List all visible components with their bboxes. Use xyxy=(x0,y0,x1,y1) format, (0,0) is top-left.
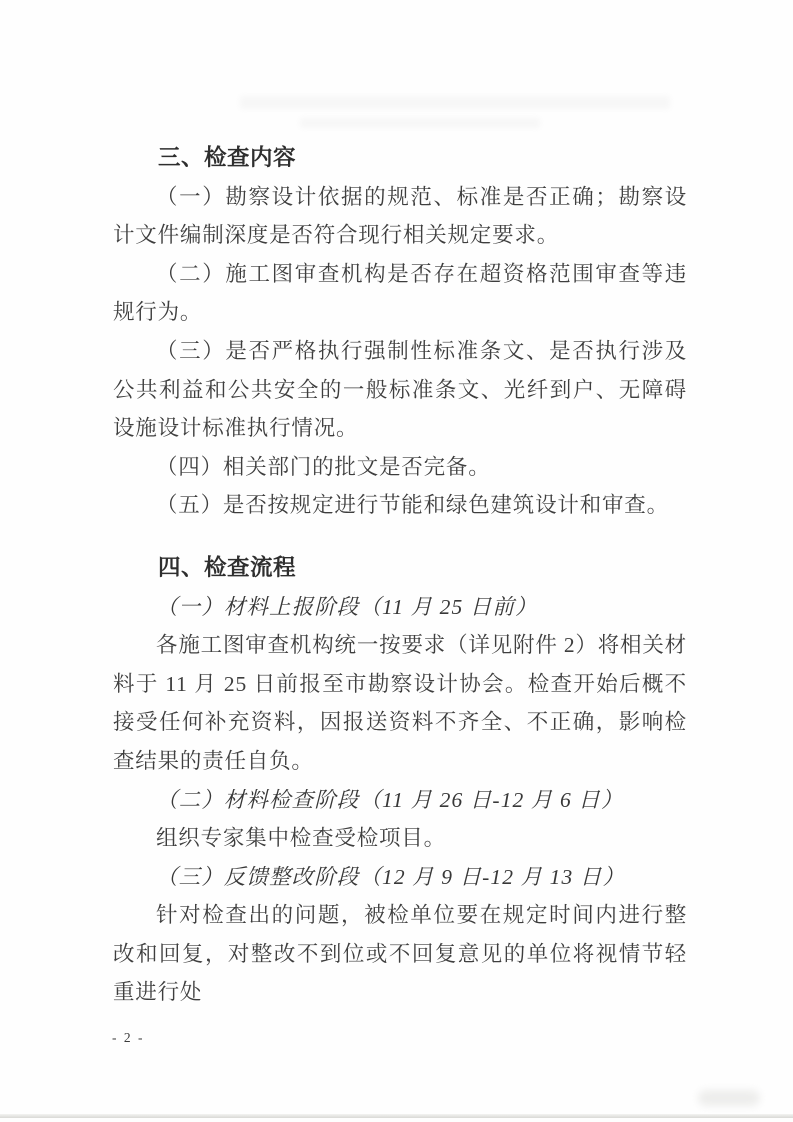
document-body: 三、检查内容 （一）勘察设计依据的规范、标准是否正确；勘察设计文件编制深度是否符… xyxy=(113,139,687,1012)
section-heading-3: 三、检查内容 xyxy=(113,139,687,178)
scan-bleed-artifact xyxy=(300,118,540,128)
stage-2-body: 组织专家集中检查受检项目。 xyxy=(113,819,687,858)
document-page: 三、检查内容 （一）勘察设计依据的规范、标准是否正确；勘察设计文件编制深度是否符… xyxy=(0,0,793,1122)
page-number: - 2 - xyxy=(112,1030,145,1046)
stage-3-body: 针对检查出的问题，被检单位要在规定时间内进行整改和回复，对整改不到位或不回复意见… xyxy=(113,896,687,1012)
scan-page-edge xyxy=(0,1114,793,1118)
stage-3-title: （三）反馈整改阶段（12 月 9 日-12 月 13 日） xyxy=(113,858,687,897)
scan-bleed-artifact xyxy=(240,96,670,109)
section3-item-1: （一）勘察设计依据的规范、标准是否正确；勘察设计文件编制深度是否符合现行相关规定… xyxy=(113,178,687,255)
section3-item-4: （四）相关部门的批文是否完备。 xyxy=(113,448,687,487)
stage-1-body: 各施工图审查机构统一按要求（详见附件 2）将相关材料于 11 月 25 日前报至… xyxy=(113,626,687,780)
stage-1-title: （一）材料上报阶段（11 月 25 日前） xyxy=(113,588,687,627)
scan-smudge-artifact xyxy=(698,1090,760,1106)
section3-item-2: （二）施工图审查机构是否存在超资格范围审查等违规行为。 xyxy=(113,255,687,332)
section-heading-4: 四、检查流程 xyxy=(113,549,687,588)
section3-item-5: （五）是否按规定进行节能和绿色建筑设计和审查。 xyxy=(113,486,687,525)
section3-item-3: （三）是否严格执行强制性标准条文、是否执行涉及公共利益和公共安全的一般标准条文、… xyxy=(113,332,687,448)
stage-2-title: （二）材料检查阶段（11 月 26 日-12 月 6 日） xyxy=(113,781,687,820)
